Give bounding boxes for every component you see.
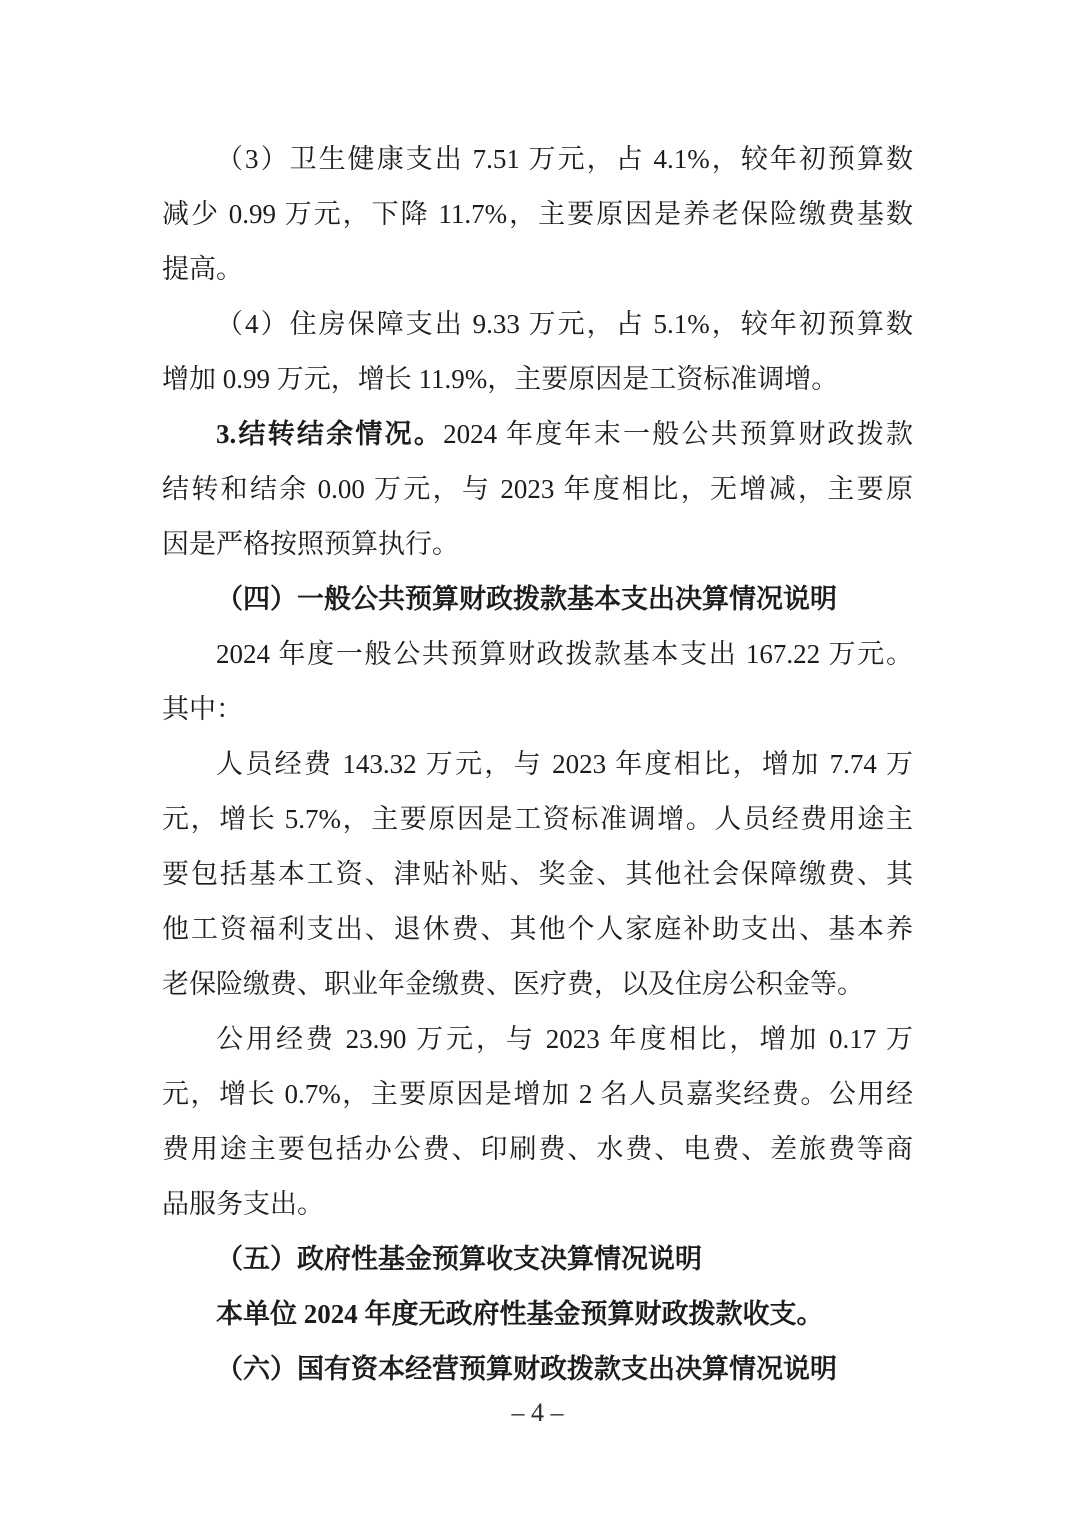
paragraph: （4）住房保障支出 9.33 万元，占 5.1%，较年初预算数增加 0.99 万… — [162, 297, 913, 407]
paragraph: （五）政府性基金预算收支决算情况说明 — [162, 1232, 913, 1287]
text-line: 元，增长 0.7%，主要原因是增加 2 名人员嘉奖经费。公用经 — [162, 1067, 913, 1122]
page-footer: – 4 – — [0, 1398, 1075, 1428]
text-line: 要包括基本工资、津贴补贴、奖金、其他社会保障缴费、其 — [162, 847, 913, 902]
paragraph: （3）卫生健康支出 7.51 万元，占 4.1%，较年初预算数减少 0.99 万… — [162, 132, 913, 297]
text-line: （四）一般公共预算财政拨款基本支出决算情况说明 — [162, 572, 913, 627]
paragraph: 本单位 2024 年度无政府性基金预算财政拨款收支。 — [162, 1287, 913, 1342]
text-line: （五）政府性基金预算收支决算情况说明 — [162, 1232, 913, 1287]
text-line: 减少 0.99 万元，下降 11.7%，主要原因是养老保险缴费基数 — [162, 187, 913, 242]
text-line: （3）卫生健康支出 7.51 万元，占 4.1%，较年初预算数 — [162, 132, 913, 187]
text-line: 费用途主要包括办公费、印刷费、水费、电费、差旅费等商 — [162, 1122, 913, 1177]
paragraph: 公用经费 23.90 万元，与 2023 年度相比，增加 0.17 万元，增长 … — [162, 1012, 913, 1232]
text-line: 因是严格按照预算执行。 — [162, 517, 913, 572]
text-line: 老保险缴费、职业年金缴费、医疗费，以及住房公积金等。 — [162, 957, 913, 1012]
paragraph: （四）一般公共预算财政拨款基本支出决算情况说明 — [162, 572, 913, 627]
text-line: （4）住房保障支出 9.33 万元，占 5.1%，较年初预算数 — [162, 297, 913, 352]
text-line: 人员经费 143.32 万元，与 2023 年度相比，增加 7.74 万 — [162, 737, 913, 792]
text-line: 本单位 2024 年度无政府性基金预算财政拨款收支。 — [162, 1287, 913, 1342]
paragraph: 人员经费 143.32 万元，与 2023 年度相比，增加 7.74 万元，增长… — [162, 737, 913, 1012]
text-line: 提高。 — [162, 242, 913, 297]
text-line: 2024 年度一般公共预算财政拨款基本支出 167.22 万元。 — [162, 627, 913, 682]
paragraph: 3.结转结余情况。2024 年度年末一般公共预算财政拨款结转和结余 0.00 万… — [162, 407, 913, 572]
text-line: 增加 0.99 万元，增长 11.9%，主要原因是工资标准调增。 — [162, 352, 913, 407]
text-line: （六）国有资本经营预算财政拨款支出决算情况说明 — [162, 1342, 913, 1397]
text-line: 公用经费 23.90 万元，与 2023 年度相比，增加 0.17 万 — [162, 1012, 913, 1067]
document-body: （3）卫生健康支出 7.51 万元，占 4.1%，较年初预算数减少 0.99 万… — [162, 132, 913, 1397]
document-page: （3）卫生健康支出 7.51 万元，占 4.1%，较年初预算数减少 0.99 万… — [0, 0, 1075, 1520]
text-line: 3.结转结余情况。2024 年度年末一般公共预算财政拨款 — [162, 407, 913, 462]
text-line: 品服务支出。 — [162, 1177, 913, 1232]
page-number: – 4 – — [512, 1398, 564, 1427]
paragraph: 2024 年度一般公共预算财政拨款基本支出 167.22 万元。其中： — [162, 627, 913, 737]
paragraph: （六）国有资本经营预算财政拨款支出决算情况说明 — [162, 1342, 913, 1397]
text-line: 他工资福利支出、退休费、其他个人家庭补助支出、基本养 — [162, 902, 913, 957]
text-line: 元，增长 5.7%，主要原因是工资标准调增。人员经费用途主 — [162, 792, 913, 847]
bold-lead: 3.结转结余情况。 — [216, 419, 443, 449]
text-line: 结转和结余 0.00 万元，与 2023 年度相比，无增减，主要原 — [162, 462, 913, 517]
text-line: 其中： — [162, 682, 913, 737]
